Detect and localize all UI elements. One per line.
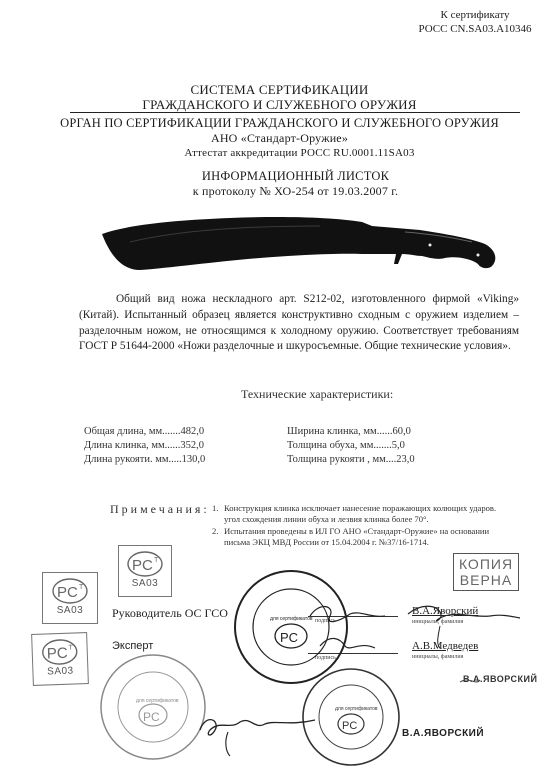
svg-text:T: T <box>79 584 84 591</box>
pc-logo-icon: PC T <box>125 550 165 578</box>
svg-text:PC: PC <box>57 584 78 601</box>
reference-line-1: К сертификату <box>395 8 555 22</box>
pc-logo-icon: PC T <box>50 577 90 605</box>
organization-name: АНО «Стандарт-Оружие» <box>0 130 559 146</box>
specs-title: Технические характеристики: <box>241 387 393 402</box>
svg-text:T: T <box>154 557 159 564</box>
gost-mark-stamp: PC T SA03 <box>118 545 172 597</box>
head-label: Руководитель ОС ГСО <box>112 606 228 621</box>
svg-text:PC: PC <box>132 557 153 574</box>
reference-line-2: РОСС CN.SA03.A10346 <box>395 22 555 36</box>
document-title: ИНФОРМАЦИОННЫЙ ЛИСТОК <box>16 168 559 184</box>
notes-label: Примечания: <box>110 502 210 517</box>
note-item-continued: письма ЭКЦ МВД России от 15.04.2004 г. №… <box>212 537 532 548</box>
description-text: Общий вид ножа нескладного арт. S212-02,… <box>79 293 519 352</box>
notes-list: 1. Конструкция клинка исключает нанесени… <box>212 503 532 548</box>
gost-mark-stamp: PC T SA03 <box>42 572 98 624</box>
expert-label: Эксперт <box>112 640 153 652</box>
spec-row: Толщина рукояти , мм....23,0 <box>287 453 415 467</box>
spec-row: Ширина клинка, мм......60,0 <box>287 425 415 439</box>
note-item: 2. Испытания проведены в ИЛ ГО АНО «Стан… <box>212 526 532 537</box>
header-divider <box>70 112 520 113</box>
certificate-reference: К сертификату РОСС CN.SA03.A10346 <box>395 8 555 36</box>
spec-row: Длина клинка, мм......352,0 <box>84 439 205 453</box>
system-title-line-1: СИСТЕМА СЕРТИФИКАЦИИ <box>0 82 559 98</box>
system-title-line-2: ГРАЖДАНСКОГО И СЛУЖЕБНОГО ОРУЖИЯ <box>0 97 559 113</box>
note-item: 1. Конструкция клинка исключает нанесени… <box>212 503 532 514</box>
copy-verified-stamp: КОПИЯ ВЕРНА <box>453 553 519 591</box>
protocol-line: к протоколу № ХО-254 от 19.03.2007 г. <box>16 183 559 199</box>
authority-title: ОРГАН ПО СЕРТИФИКАЦИИ ГРАЖДАНСКОГО И СЛУ… <box>0 115 559 131</box>
spec-row: Общая длина, мм.......482,0 <box>84 425 205 439</box>
expert-handwritten-signature <box>190 700 320 760</box>
note-item-continued: угол схождения линии обуха и лезвия клин… <box>212 514 532 525</box>
spec-row: Длина рукояти. мм.....130,0 <box>84 453 205 467</box>
specs-left-column: Общая длина, мм.......482,0 Длина клинка… <box>84 425 205 467</box>
accreditation-line: Аттестат аккредитации РОСС RU.0001.11SA0… <box>20 145 559 161</box>
specs-right-column: Ширина клинка, мм......60,0 Толщина обух… <box>287 425 415 467</box>
knife-image <box>100 208 500 278</box>
handwritten-signatures <box>290 596 540 756</box>
svg-text:T: T <box>69 645 74 652</box>
svg-text:для сертификатов: для сертификатов <box>136 698 179 704</box>
gost-mark-stamp: PC T SA03 <box>31 632 89 686</box>
pc-logo-icon: PC T <box>39 637 80 666</box>
description-paragraph: Общий вид ножа нескладного арт. S212-02,… <box>79 292 519 355</box>
spec-row: Толщина обуха, мм.......5,0 <box>287 439 415 453</box>
svg-text:PC: PC <box>143 710 160 724</box>
svg-text:PC: PC <box>47 645 69 663</box>
